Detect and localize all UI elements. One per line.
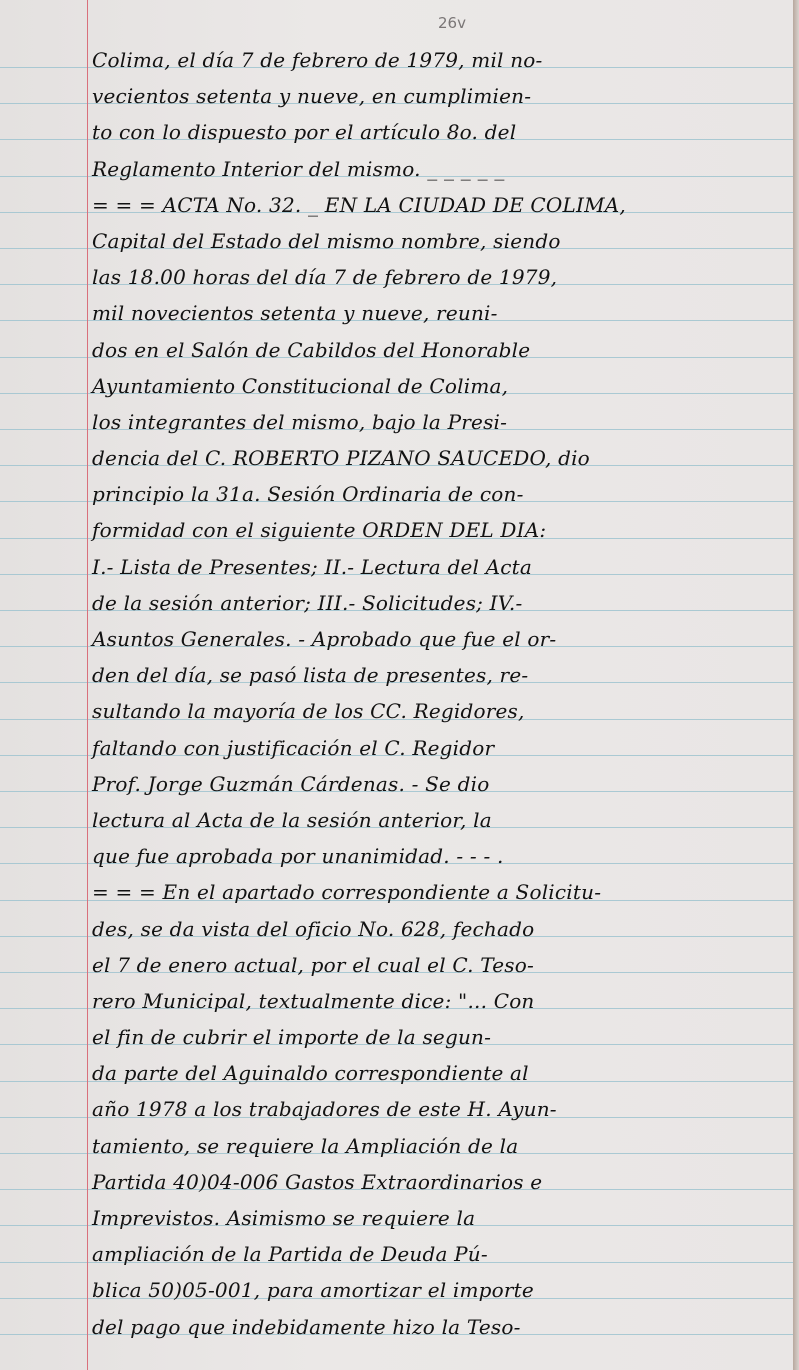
text-line: to con lo dispuesto por el artículo 8o. … [92, 114, 792, 150]
text-line: da parte del Aguinaldo correspondiente a… [92, 1055, 792, 1091]
text-line: el 7 de enero actual, por el cual el C. … [92, 947, 792, 983]
text-line: las 18.00 horas del día 7 de febrero de … [92, 259, 792, 295]
notebook-page: 26v Colima, el día 7 de febrero de 1979,… [0, 0, 793, 1370]
text-line: faltando con justificación el C. Regidor [92, 730, 792, 766]
text-line: del pago que indebidamente hizo la Teso- [92, 1309, 792, 1345]
text-line: el fin de cubrir el importe de la segun- [92, 1019, 792, 1055]
text-line: des, se da vista del oficio No. 628, fec… [92, 911, 792, 947]
text-line: Reglamento Interior del mismo. _ _ _ _ _ [92, 151, 792, 187]
text-line: = = = En el apartado correspondiente a S… [92, 874, 792, 910]
text-line: Imprevistos. Asimismo se requiere la [92, 1200, 792, 1236]
page-edge [793, 0, 799, 1370]
text-line: Asuntos Generales. - Aprobado que fue el… [92, 621, 792, 657]
margin-line [87, 0, 88, 1370]
text-line: sultando la mayoría de los CC. Regidores… [92, 693, 792, 729]
text-line: dencia del C. ROBERTO PIZANO SAUCEDO, di… [92, 440, 792, 476]
text-line: mil novecientos setenta y nueve, reuni- [92, 295, 792, 331]
text-line: Partida 40)04-006 Gastos Extraordinarios… [92, 1164, 792, 1200]
text-line: formidad con el siguiente ORDEN DEL DIA: [92, 512, 792, 548]
text-line: = = = ACTA No. 32. _ EN LA CIUDAD DE COL… [92, 187, 792, 223]
text-line: blica 50)05-001, para amortizar el impor… [92, 1272, 792, 1308]
text-line: rero Municipal, textualmente dice: "... … [92, 983, 792, 1019]
text-line: principio la 31a. Sesión Ordinaria de co… [92, 476, 792, 512]
text-line: Capital del Estado del mismo nombre, sie… [92, 223, 792, 259]
folio-number: 26v [438, 14, 466, 32]
text-line: lectura al Acta de la sesión anterior, l… [92, 802, 792, 838]
text-line: ampliación de la Partida de Deuda Pú- [92, 1236, 792, 1272]
handwritten-text: Colima, el día 7 de febrero de 1979, mil… [92, 42, 792, 1345]
text-line: Prof. Jorge Guzmán Cárdenas. - Se dio [92, 766, 792, 802]
text-line: vecientos setenta y nueve, en cumplimien… [92, 78, 792, 114]
text-line: año 1978 a los trabajadores de este H. A… [92, 1091, 792, 1127]
text-line: Ayuntamiento Constitucional de Colima, [92, 368, 792, 404]
text-line: Colima, el día 7 de febrero de 1979, mil… [92, 42, 792, 78]
text-line: los integrantes del mismo, bajo la Presi… [92, 404, 792, 440]
text-line: de la sesión anterior; III.- Solicitudes… [92, 585, 792, 621]
text-line: den del día, se pasó lista de presentes,… [92, 657, 792, 693]
text-line: que fue aprobada por unanimidad. - - - . [92, 838, 792, 874]
text-line: I.- Lista de Presentes; II.- Lectura del… [92, 549, 792, 585]
text-line: tamiento, se requiere la Ampliación de l… [92, 1128, 792, 1164]
text-line: dos en el Salón de Cabildos del Honorabl… [92, 332, 792, 368]
